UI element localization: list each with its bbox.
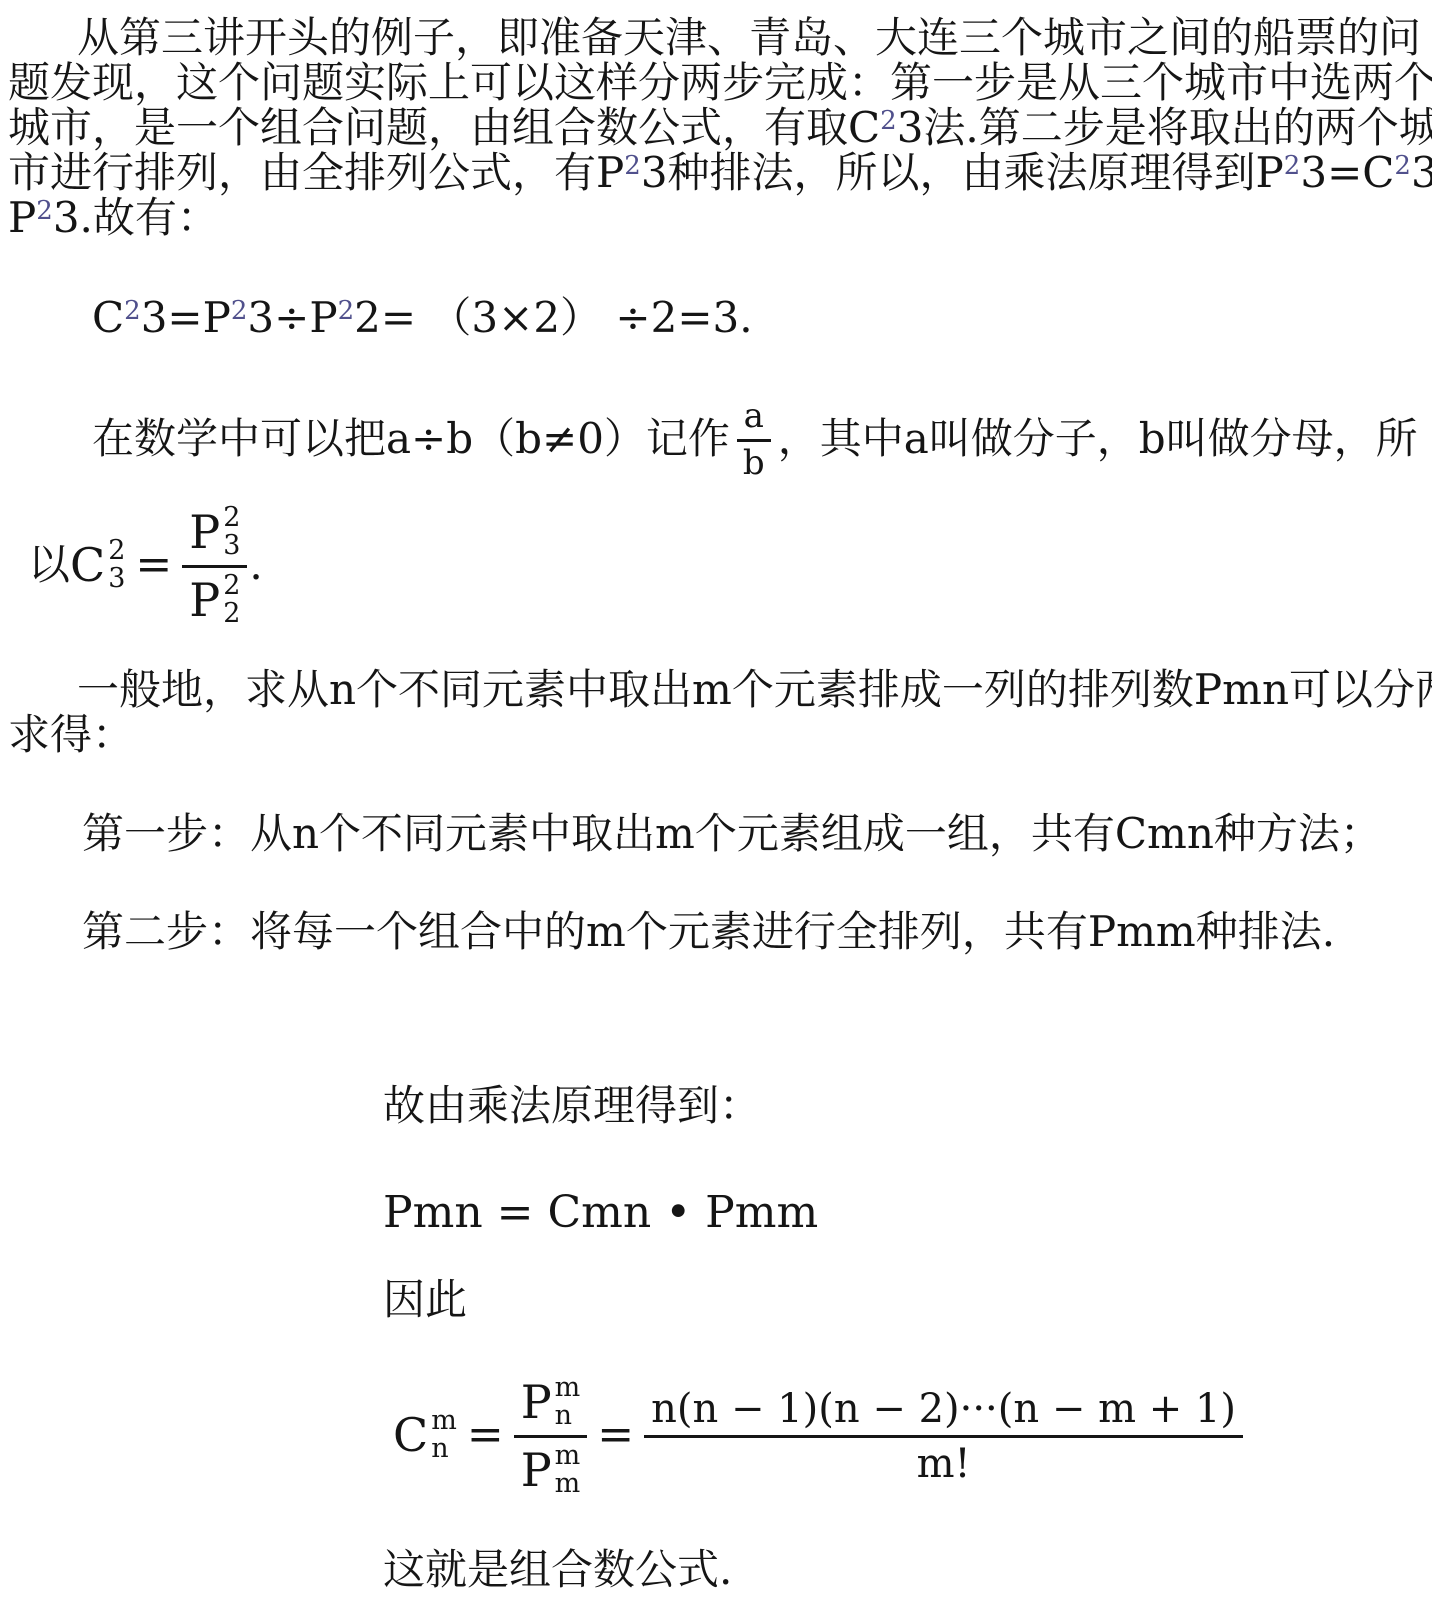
pnm-over-pmm-fraction: P m n P m m <box>514 1372 588 1498</box>
step-1-line: 第一步：从n个不同元素中取出m个元素组成一组，共有Cmn种方法； <box>82 810 1382 857</box>
pmm-symbol: P m m <box>521 1442 581 1499</box>
cnm-subscript: n <box>431 1435 448 1463</box>
c32-equation-prefix: 以 <box>28 542 70 588</box>
general-rule-line-1: 一般地，求从n个不同元素中取出m个元素排成一列的排列数Pmn可以分两步 <box>77 666 1432 713</box>
general-rule-line-2: 求得： <box>8 711 134 758</box>
cnm-symbol: C m n <box>393 1407 457 1464</box>
fraction-intro-pre: 在数学中可以把a÷b（b≠0）记作 <box>92 416 730 462</box>
sentence-period: . <box>249 542 262 588</box>
inline-fraction-a-b: a b <box>736 397 772 481</box>
formula-c23: C23=P23÷P22= （3×2） ÷2=3. <box>92 294 753 341</box>
expanded-denominator: m! <box>910 1438 978 1486</box>
closing-line: 这就是组合数公式. <box>383 1546 732 1593</box>
fraction-denominator-b: b <box>736 442 772 482</box>
fraction-numerator-a: a <box>737 397 771 442</box>
fraction-intro-post: ，其中a叫做分子，b叫做分母，所 <box>778 416 1418 462</box>
intro-line-1: 从第三讲开头的例子，即准备天津、青岛、大连三个城市之间的船票的问 <box>77 14 1421 61</box>
intro-line-3: 城市，是一个组合问题，由组合数公式，有取C23法.第二步是将取出的两个城 <box>8 104 1432 151</box>
cnm-superscript: m <box>431 1407 457 1435</box>
document-page: 从第三讲开头的例子，即准备天津、青岛、大连三个城市之间的船票的问 题发现，这个问… <box>0 0 1432 1602</box>
c32-superscript: 2 <box>108 537 125 565</box>
equals-sign: = <box>135 541 172 589</box>
pmn-equation: Pmn = Cmn • Pmm <box>383 1188 818 1237</box>
p32-symbol: P 2 3 <box>189 504 240 561</box>
p22-symbol: P 2 2 <box>189 572 240 629</box>
multiplication-principle-line: 故由乘法原理得到： <box>383 1082 761 1129</box>
expanded-numerator: n(n − 1)(n − 2)···(n − m + 1) <box>644 1385 1243 1438</box>
c32-symbol: C 2 3 <box>70 537 125 594</box>
therefore-label: 因此 <box>383 1276 467 1323</box>
intro-line-2: 题发现，这个问题实际上可以这样分两步完成：第一步是从三个城市中选两个 <box>8 59 1432 106</box>
c32-subscript: 3 <box>108 565 125 593</box>
step-2-line: 第二步：将每一个组合中的m个元素进行全排列，共有Pmm种排法. <box>82 908 1335 955</box>
pnm-symbol: P m n <box>521 1374 581 1431</box>
equals-sign-2: = <box>597 1411 634 1459</box>
equals-sign-1: = <box>467 1411 504 1459</box>
p32-over-p22-fraction: P 2 3 P 2 2 <box>182 502 247 628</box>
expanded-fraction: n(n − 1)(n − 2)···(n − m + 1) m! <box>644 1385 1243 1486</box>
intro-line-5: P23.故有： <box>8 194 219 241</box>
fraction-intro-line: 在数学中可以把a÷b（b≠0）记作 a b ，其中a叫做分子，b叫做分母，所 <box>92 392 1418 486</box>
c32-equation: 以 C 2 3 = P 2 3 P <box>28 497 263 633</box>
intro-line-4: 市进行排列，由全排列公式，有P23种排法，所以，由乘法原理得到P23=C23× <box>8 149 1432 196</box>
combination-formula: C m n = P m n P m <box>393 1372 1243 1498</box>
